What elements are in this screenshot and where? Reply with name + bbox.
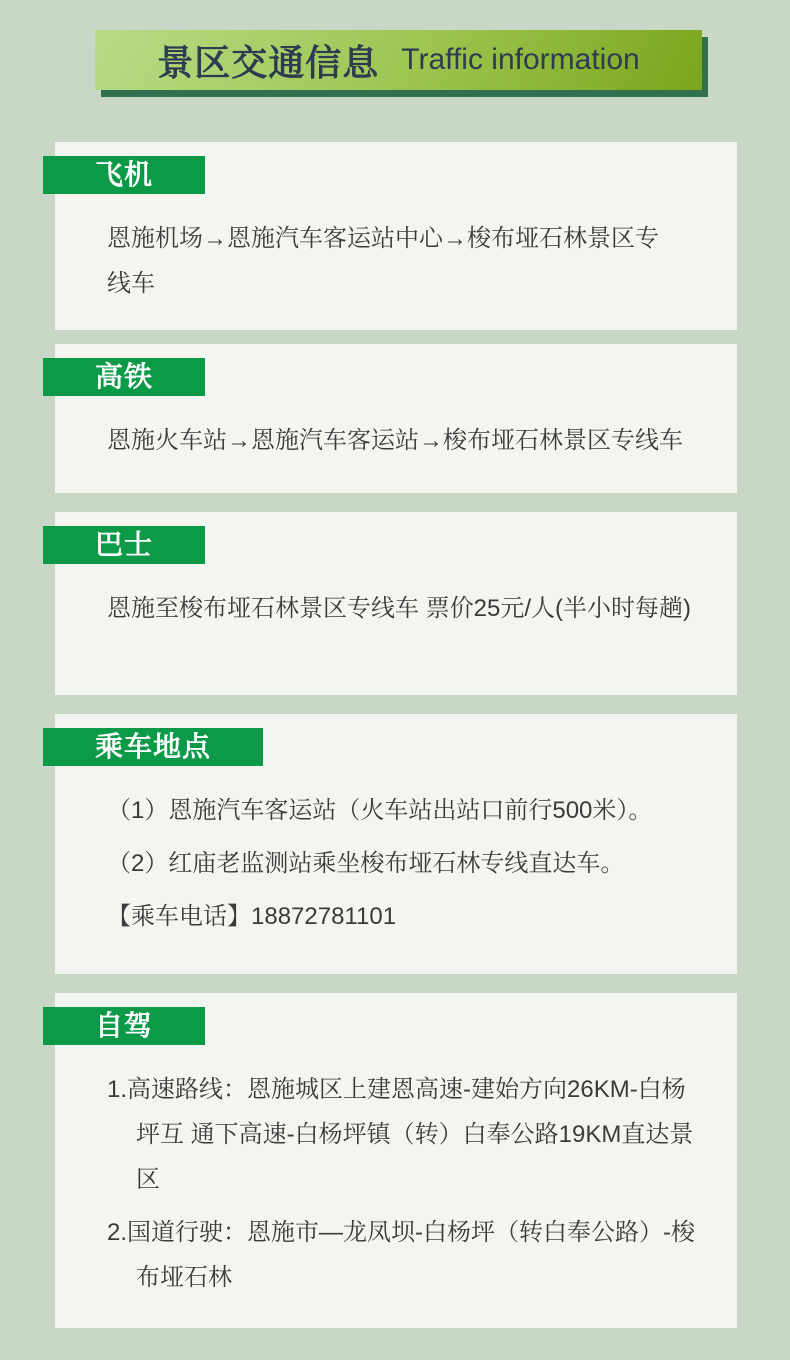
section-body: （1）恩施汽车客运站（火车站出站口前行500米）。（2）红庙老监测站乘坐梭布垭石… [107,788,727,939]
section-text: 【乘车电话】18872781101 [107,894,727,939]
section-text: 2.国道行驶：恩施市—龙凤坝-白杨坪（转白奉公路）-梭 布垭石林 [107,1210,727,1300]
section-label: 巴士 [43,526,205,564]
section-body: 恩施火车站→恩施汽车客运站→梭布垭石林景区专线车 [107,418,727,463]
section-label: 乘车地点 [43,728,263,766]
section-text: 恩施火车站→恩施汽车客运站→梭布垭石林景区专线车 [107,418,727,463]
section-text: 1.高速路线：恩施城区上建恩高速-建始方向26KM-白杨 坪互 通下高速-白杨坪… [107,1067,727,1202]
section-card: 自驾 1.高速路线：恩施城区上建恩高速-建始方向26KM-白杨 坪互 通下高速-… [55,993,737,1328]
section-text: 恩施至梭布垭石林景区专线车 票价25元/人(半小时每趟) [107,586,727,631]
section-label: 飞机 [43,156,205,194]
section-card: 飞机 恩施机场→恩施汽车客运站中心→梭布垭石林景区专 线车 [55,142,737,330]
section-text: （1）恩施汽车客运站（火车站出站口前行500米）。 [107,788,727,833]
section-body: 恩施至梭布垭石林景区专线车 票价25元/人(半小时每趟) [107,586,727,631]
section-card: 乘车地点 （1）恩施汽车客运站（火车站出站口前行500米）。（2）红庙老监测站乘… [55,714,737,974]
section-card: 巴士 恩施至梭布垭石林景区专线车 票价25元/人(半小时每趟) [55,512,737,695]
section-card: 高铁 恩施火车站→恩施汽车客运站→梭布垭石林景区专线车 [55,344,737,493]
section-text: （2）红庙老监测站乘坐梭布垭石林专线直达车。 [107,841,727,886]
section-body: 1.高速路线：恩施城区上建恩高速-建始方向26KM-白杨 坪互 通下高速-白杨坪… [107,1067,727,1300]
page-title: 景区交通信息 [157,35,379,86]
section-text: 恩施机场→恩施汽车客运站中心→梭布垭石林景区专 线车 [107,216,727,306]
section-label: 高铁 [43,358,205,396]
header-banner: 景区交通信息 Traffic information [95,30,702,90]
traffic-info-poster: 景区交通信息 Traffic information 飞机 恩施机场→恩施汽车客… [0,0,790,1360]
page-title-en: Traffic information [401,43,639,77]
section-body: 恩施机场→恩施汽车客运站中心→梭布垭石林景区专 线车 [107,216,727,306]
section-label: 自驾 [43,1007,205,1045]
